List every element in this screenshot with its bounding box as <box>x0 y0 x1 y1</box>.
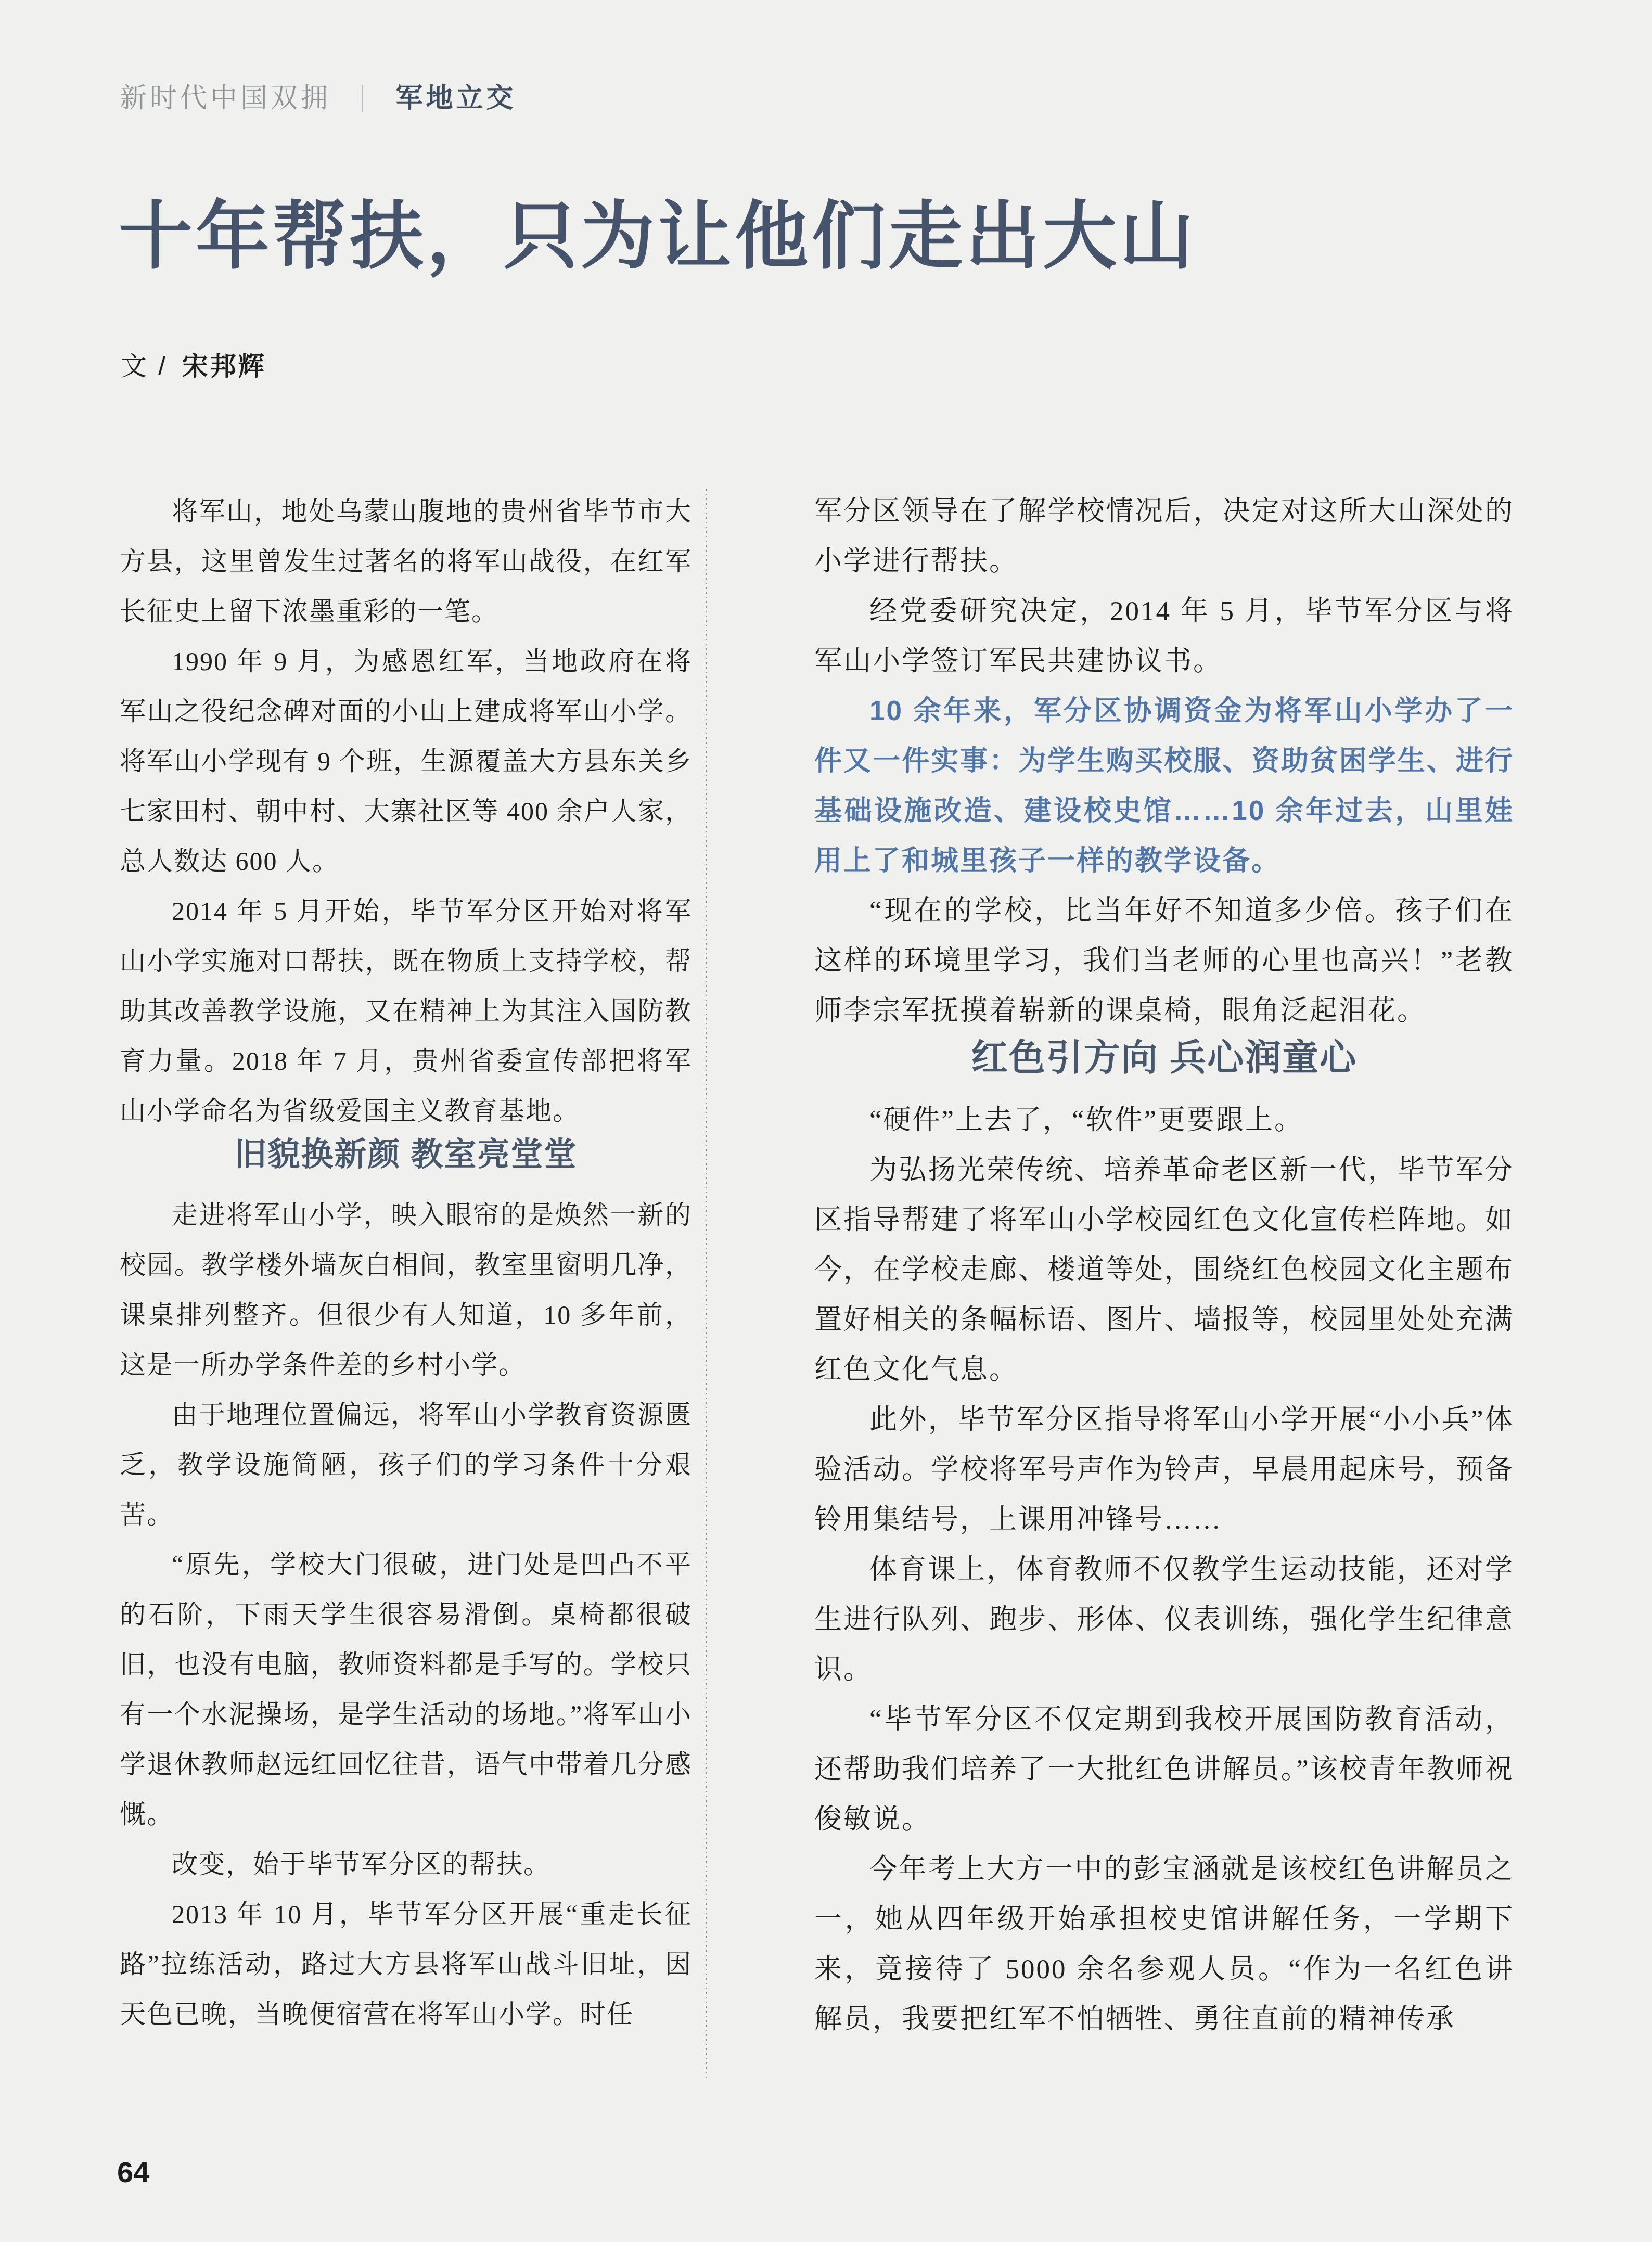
section-heading: 红色引方向 兵心润童心 <box>814 1036 1514 1080</box>
body-paragraph: 体育课上，体育教师不仅教学生运动技能，还对学生进行队列、跑步、形体、仪表训练，强… <box>814 1545 1514 1695</box>
page-number: 64 <box>117 2155 149 2189</box>
left-column: 将军山，地处乌蒙山腹地的贵州省毕节市大方县，这里曾发生过著名的将军山战役，在红军… <box>120 486 692 2039</box>
body-paragraph: 经党委研究决定，2014 年 5 月，毕节军分区与将军山小学签订军民共建协议书。 <box>814 586 1514 686</box>
body-paragraph: “毕节军分区不仅定期到我校开展国防教育活动，还帮助我们培养了一大批红色讲解员。”… <box>814 1695 1514 1844</box>
body-paragraph: 此外，毕节军分区指导将军山小学开展“小小兵”体验活动。学校将军号声作为铃声，早晨… <box>814 1395 1514 1545</box>
body-paragraph: 由于地理位置偏远，将军山小学教育资源匮乏，教学设施简陋，孩子们的学习条件十分艰苦… <box>120 1390 692 1540</box>
body-paragraph: 将军山，地处乌蒙山腹地的贵州省毕节市大方县，这里曾发生过著名的将军山战役，在红军… <box>120 486 692 636</box>
body-paragraph: 2013 年 10 月，毕节军分区开展“重走长征路”拉练活动，路过大方县将军山战… <box>120 1889 692 2039</box>
section-heading: 旧貌换新颜 教室亮堂堂 <box>120 1136 692 1174</box>
body-paragraph: 10 余年来，军分区协调资金为将军山小学办了一件又一件实事：为学生购买校服、资助… <box>814 686 1514 886</box>
byline-author: 宋邦辉 <box>182 352 266 381</box>
body-paragraph: “现在的学校，比当年好不知道多少倍。孩子们在这样的环境里学习，我们当老师的心里也… <box>814 886 1514 1036</box>
body-paragraph: 走进将军山小学，映入眼帘的是焕然一新的校园。教学楼外墙灰白相间，教室里窗明几净，… <box>120 1190 692 1390</box>
body-paragraph: 2014 年 5 月开始，毕节军分区开始对将军山小学实施对口帮扶，既在物质上支持… <box>120 886 692 1136</box>
body-paragraph: 1990 年 9 月，为感恩红军，当地政府在将军山之役纪念碑对面的小山上建成将军… <box>120 636 692 886</box>
right-column: 军分区领导在了解学校情况后，决定对这所大山深处的小学进行帮扶。经党委研究决定，2… <box>814 486 1514 2044</box>
header-series-label: 新时代中国双拥 <box>120 76 331 115</box>
page-header: 新时代中国双拥 | 军地立交 <box>120 76 517 115</box>
body-paragraph: 军分区领导在了解学校情况后，决定对这所大山深处的小学进行帮扶。 <box>814 486 1514 586</box>
column-divider <box>706 489 707 2081</box>
byline-prefix: 文 / <box>121 352 168 381</box>
header-section-label: 军地立交 <box>396 76 517 115</box>
body-paragraph: 为弘扬光荣传统、培养革命老区新一代，毕节军分区指导帮建了将军山小学校园红色文化宣… <box>814 1145 1514 1395</box>
byline: 文 / 宋邦辉 <box>121 345 266 383</box>
header-separator: | <box>360 79 366 112</box>
article-title: 十年帮扶，只为让他们走出大山 <box>119 187 1197 287</box>
magazine-page: 新时代中国双拥 | 军地立交 十年帮扶，只为让他们走出大山 文 / 宋邦辉 将军… <box>0 0 1652 2242</box>
body-paragraph: “硬件”上去了，“软件”更要跟上。 <box>814 1095 1514 1145</box>
body-paragraph: 今年考上大方一中的彭宝涵就是该校红色讲解员之一，她从四年级开始承担校史馆讲解任务… <box>814 1844 1514 2044</box>
body-paragraph: 改变，始于毕节军分区的帮扶。 <box>120 1839 692 1889</box>
body-paragraph: “原先，学校大门很破，进门处是凹凸不平的石阶，下雨天学生很容易滑倒。桌椅都很破旧… <box>120 1540 692 1839</box>
